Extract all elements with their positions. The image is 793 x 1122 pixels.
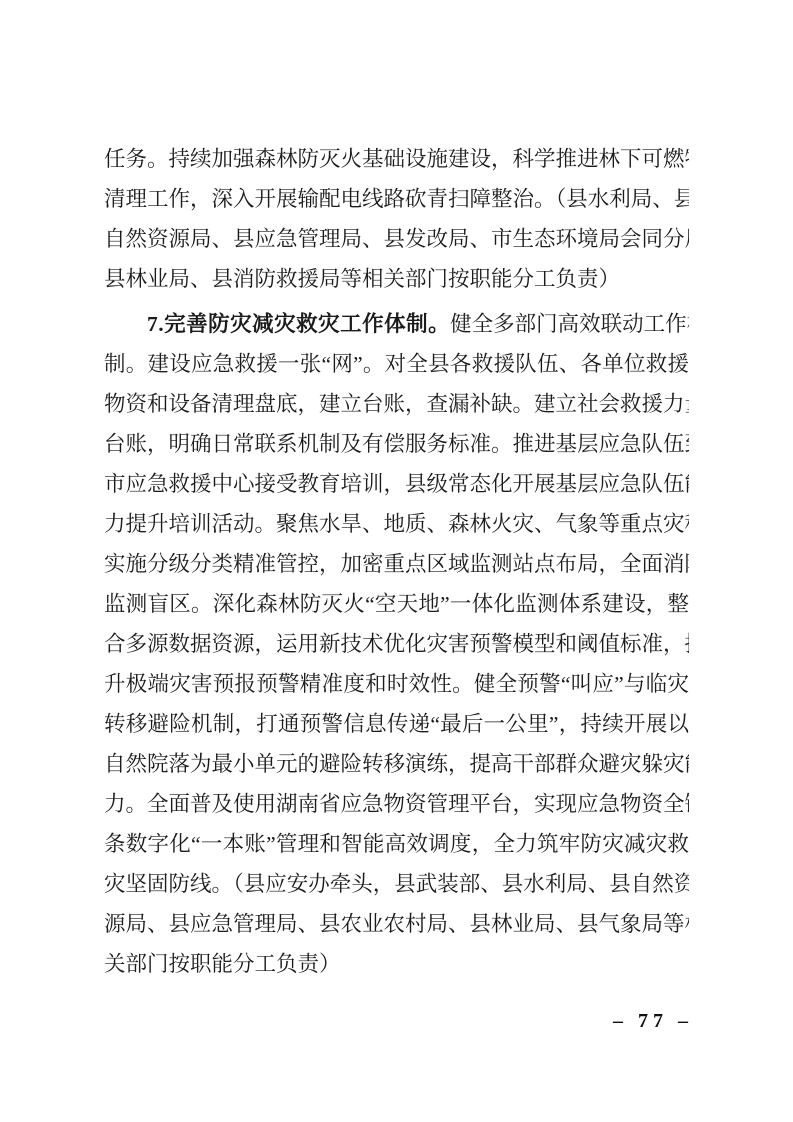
text-line: 任务。持续加强森林防灭火基础设施建设，科学推进林下可燃物 <box>104 139 689 179</box>
text-line: 市应急救援中心接受教育培训，县级常态化开展基层应急队伍能 <box>104 464 689 504</box>
page-footer: – 77 – <box>613 1010 693 1040</box>
text-line: 力提升培训活动。聚焦水旱、地质、森林火灾、气象等重点灾种， <box>104 504 689 544</box>
text-line: 关部门按职能分工负责） <box>104 944 689 984</box>
text-line: 实施分级分类精准管控，加密重点区域监测站点布局，全面消除 <box>104 544 689 584</box>
item-7-heading: 7.完善防灾减灾救灾工作体制。 <box>147 312 450 336</box>
text-line: 源局、县应急管理局、县农业农村局、县林业局、县气象局等相 <box>104 904 689 944</box>
text-line: 物资和设备清理盘底，建立台账，查漏补缺。建立社会救援力量 <box>104 384 689 424</box>
page-number: – 77 – <box>613 1010 693 1032</box>
paragraph-item-7: 7.完善防灾减灾救灾工作体制。健全多部门高效联动工作机 制。建设应急救援一张“网… <box>104 304 689 984</box>
text-line: 合多源数据资源，运用新技术优化灾害预警模型和阈值标准，提 <box>104 624 689 664</box>
text-line: 自然资源局、县应急管理局、县发改局、市生态环境局会同分局、 <box>104 219 689 259</box>
text-line: 灾坚固防线。（县应安办牵头，县武装部、县水利局、县自然资 <box>104 864 689 904</box>
text-line: 升极端灾害预报预警精准度和时效性。健全预警“叫应”与临灾 <box>104 664 689 704</box>
text-line: 台账，明确日常联系机制及有偿服务标准。推进基层应急队伍到 <box>104 424 689 464</box>
text-line: 转移避险机制，打通预警信息传递“最后一公里”，持续开展以 <box>104 704 689 744</box>
text-line: 力。全面普及使用湖南省应急物资管理平台，实现应急物资全链 <box>104 784 689 824</box>
text-line: 制。建设应急救援一张“网”。对全县各救援队伍、各单位救援 <box>104 344 689 384</box>
text-line: 县林业局、县消防救援局等相关部门按职能分工负责） <box>104 259 689 299</box>
document-page: 任务。持续加强森林防灭火基础设施建设，科学推进林下可燃物 清理工作，深入开展输配… <box>0 0 793 1122</box>
item-7-heading-rest: 健全多部门高效联动工作机 <box>450 312 689 336</box>
text-line: 自然院落为最小单元的避险转移演练，提高干部群众避灾躲灾能 <box>104 744 689 784</box>
text-line: 监测盲区。深化森林防灭火“空天地”一体化监测体系建设，整 <box>104 584 689 624</box>
text-line: 条数字化“一本账”管理和智能高效调度，全力筑牢防灾减灾救 <box>104 824 689 864</box>
document-body: 任务。持续加强森林防灭火基础设施建设，科学推进林下可燃物 清理工作，深入开展输配… <box>104 139 689 984</box>
text-line: 清理工作，深入开展输配电线路砍青扫障整治。（县水利局、县 <box>104 179 689 219</box>
paragraph-continuation: 任务。持续加强森林防灭火基础设施建设，科学推进林下可燃物 清理工作，深入开展输配… <box>104 139 689 299</box>
text-line: 7.完善防灾减灾救灾工作体制。健全多部门高效联动工作机 <box>104 304 689 344</box>
